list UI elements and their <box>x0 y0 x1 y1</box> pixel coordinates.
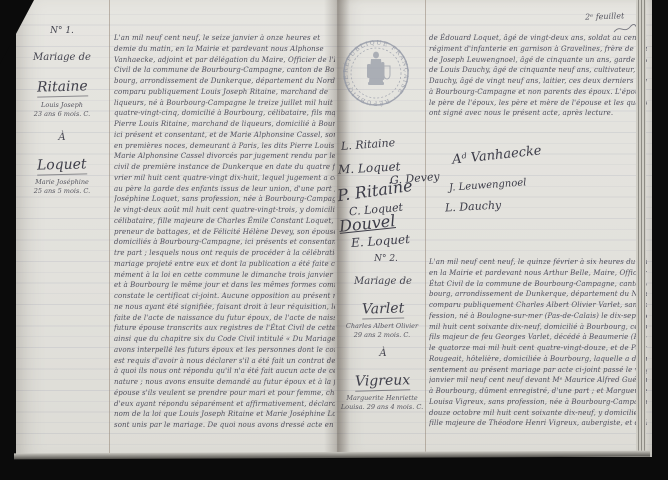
text-line: est requis d'avoir à nous déclarer s'il … <box>114 356 335 367</box>
text-line: fession, né à Boulogne-sur-mer (Pas-de-C… <box>429 311 647 322</box>
text-line: comparu publiquement Charles Albert Oliv… <box>429 300 647 311</box>
text-line: Marie Alphonsine Cassel divorcés par jug… <box>114 151 335 162</box>
page-edge-stack <box>636 0 646 452</box>
text-line: civil de première instance de Dunkerque … <box>114 162 335 173</box>
text-line: constate le certificat ci-joint. Aucune … <box>114 291 335 302</box>
text-line: État Civil de la commune de Bourbourg-Ca… <box>429 279 647 290</box>
text-line: Pierre Louis Ritaine, marchand de liqueu… <box>114 119 335 130</box>
text-line: domiciliés à Bourbourg-Campagne, ici pré… <box>114 237 335 248</box>
text-line: liqueurs, né à Bourbourg-Campagne le tre… <box>114 98 335 109</box>
text-line: mil huit cent soixante dix-neuf, domicil… <box>429 322 647 333</box>
text-line: Rougeait, hôtelière, domiciliée à Bourbo… <box>429 354 647 365</box>
text-line: épouse s'ils veulent se prendre pour mar… <box>114 388 335 399</box>
text-line: de Louis Dauchy, âgé de cinquante neuf a… <box>429 65 647 76</box>
text-line: comparu publiquement Louis Joseph Ritain… <box>114 87 335 98</box>
act1-body-text: L'an mil neuf cent neuf, le seize janvie… <box>114 33 335 431</box>
register-double-page: N° 1. Mariage de Ritaine Louis Joseph 23… <box>16 0 652 457</box>
text-line: faite de l'acte de naissance du futur ép… <box>114 313 335 324</box>
act1-groom-age: 23 ans 6 mois. C. <box>18 110 106 119</box>
stamp-figure <box>367 52 390 85</box>
text-line: Vanhaecke, adjoint et par délégation du … <box>114 55 335 66</box>
text-line: ainsi que du chapitre six du Code Civil … <box>114 334 335 345</box>
text-line: en la Mairie et pardevant nous Arthur Be… <box>429 268 647 279</box>
signature-officer: Aᵈ Vanhaecke <box>451 143 542 167</box>
text-line: en premières noces, demeurant à Paris, l… <box>114 141 335 152</box>
text-line: nom de la loi que Louis Joseph Ritaine e… <box>114 409 335 420</box>
left-margin-rule <box>109 0 110 457</box>
text-line: Louisa Vigreux, sans profession, née à B… <box>429 397 647 408</box>
act2-groom-given: Charles Albert Olivier <box>339 322 425 331</box>
act1-margin-title: Mariage de <box>18 52 106 63</box>
text-line: demie du matin, en la Mairie et pardevan… <box>114 44 335 55</box>
text-line: sont unis par le mariage. De quoi nous a… <box>114 420 335 431</box>
act1-continuation-text: de Édouard Loquet, âgé de vingt-deux ans… <box>429 33 647 119</box>
text-line: à quoi ils nous ont répondu qu'il n'a ét… <box>114 366 335 377</box>
text-line: future épouse transcrits aux registres d… <box>114 323 335 334</box>
text-line: le quatorze mai mil huit cent quatre-vin… <box>429 343 647 354</box>
act1-margin-connector: À <box>18 132 106 143</box>
text-line: ont signé avec nous le présent acte, apr… <box>429 108 647 119</box>
act2-margin-connector: À <box>343 348 423 359</box>
text-line: sentement au présent mariage par acte ci… <box>429 365 647 376</box>
text-line: L'an mil neuf cent neuf, le quinze févri… <box>429 257 647 268</box>
text-line: à Bourbourg-Campagne et non parents des … <box>429 87 647 98</box>
act2-groom-surname: Varlet <box>343 298 423 319</box>
text-line: régiment d'infanterie en garnison à Grav… <box>429 44 647 55</box>
text-line: mariage projeté entre eux et dont la pub… <box>114 259 335 270</box>
left-page: N° 1. Mariage de Ritaine Louis Joseph 23… <box>16 0 337 457</box>
text-line: célibataire, fille majeure de Charles Ém… <box>114 216 335 227</box>
signature-witness-leuwengnoel: J. Leuwengnoel <box>449 177 527 193</box>
paraph-mark <box>612 22 638 36</box>
act2-bride-surname: Vigreux <box>343 370 423 391</box>
text-line: le père de l'époux, les père et mère de … <box>429 98 647 109</box>
signature-brother-bride: E. Loquet <box>351 232 411 250</box>
act2-bride-given: Marguerite Henriette <box>339 394 425 403</box>
official-stamp: RÉPUBLIQUE FRANÇAISE · RÉPUBLIQUE FRANÇA… <box>341 38 411 108</box>
act1-bride-given: Marie Joséphine <box>18 178 106 187</box>
text-line: L'an mil neuf cent neuf, le seize janvie… <box>114 33 335 44</box>
act1-bride-age: 25 ans 5 mois. C. <box>18 187 106 196</box>
act2-body-text: L'an mil neuf cent neuf, le quinze févri… <box>429 257 647 429</box>
act2-groom-age: 29 ans 2 mois. C. <box>339 331 425 340</box>
act2-record-number: N° 2. <box>351 254 421 264</box>
act2-bride-age: Louisa. 29 ans 4 mois. C. <box>339 403 425 412</box>
folio-note: 2ᵉ feuillet <box>585 11 624 21</box>
text-line: au père la garde des enfants issus de le… <box>114 184 335 195</box>
text-line: janvier mil neuf cent neuf devant Mᵉ Mau… <box>429 375 647 386</box>
text-line: preneur de battages, et de Félicité Hélè… <box>114 227 335 238</box>
text-line: Civil de la commune de Bourbourg-Campagn… <box>114 65 335 76</box>
text-line: de Joseph Leuwengnoel, âgé de cinquante … <box>429 55 647 66</box>
act2-margin-title: Mariage de <box>343 276 423 287</box>
text-line: douze octobre mil huit cent soixante dix… <box>429 408 647 419</box>
text-line: quatre-vingt-cinq, domicilié à Bourbourg… <box>114 108 335 119</box>
text-line: ne nous ayant été signifiée, faisant dro… <box>114 302 335 313</box>
act1-bride-surname: Loquet <box>18 154 106 175</box>
text-line: fils majeur de feu Georges Varlet, décéd… <box>429 332 647 343</box>
text-line: nature ; nous avons ensuite demandé au f… <box>114 377 335 388</box>
text-line: ici présent et consentant, et de Marie A… <box>114 130 335 141</box>
signature-witness-dauchy: L. Dauchy <box>445 199 502 215</box>
text-line: avons interpellé les futurs époux et les… <box>114 345 335 356</box>
text-line: le vingt-deux août mil huit cent quatre-… <box>114 205 335 216</box>
right-margin-rule <box>425 0 426 457</box>
act1-groom-given: Louis Joseph <box>18 101 106 110</box>
text-line: d'eux ayant répondu séparément et affirm… <box>114 399 335 410</box>
text-line: fille majeure de Théodore Henri Vigreux,… <box>429 418 647 429</box>
text-line: Dauchy, âgé de vingt neuf ans, laitier, … <box>429 76 647 87</box>
text-line: à Bourbourg, dûment enregistré, d'une pa… <box>429 386 647 397</box>
text-line: tre part ; lesquels nous ont requis de p… <box>114 248 335 259</box>
text-line: et à Bourbourg le même jour et dans les … <box>114 280 335 291</box>
text-line: vrier mil huit cent quatre-vingt dix-hui… <box>114 173 335 184</box>
act1-groom-surname: Ritaine <box>18 76 106 97</box>
text-line: bourg, arrondissement de Dunkerque, dépa… <box>114 76 335 87</box>
text-line: Joséphine Loquet, sans profession, née à… <box>114 194 335 205</box>
text-line: bourg, arrondissement de Dunkerque, dépa… <box>429 289 647 300</box>
text-line: mément à la loi en cette commune le dima… <box>114 270 335 281</box>
act1-record-number: N° 1. <box>22 26 102 36</box>
